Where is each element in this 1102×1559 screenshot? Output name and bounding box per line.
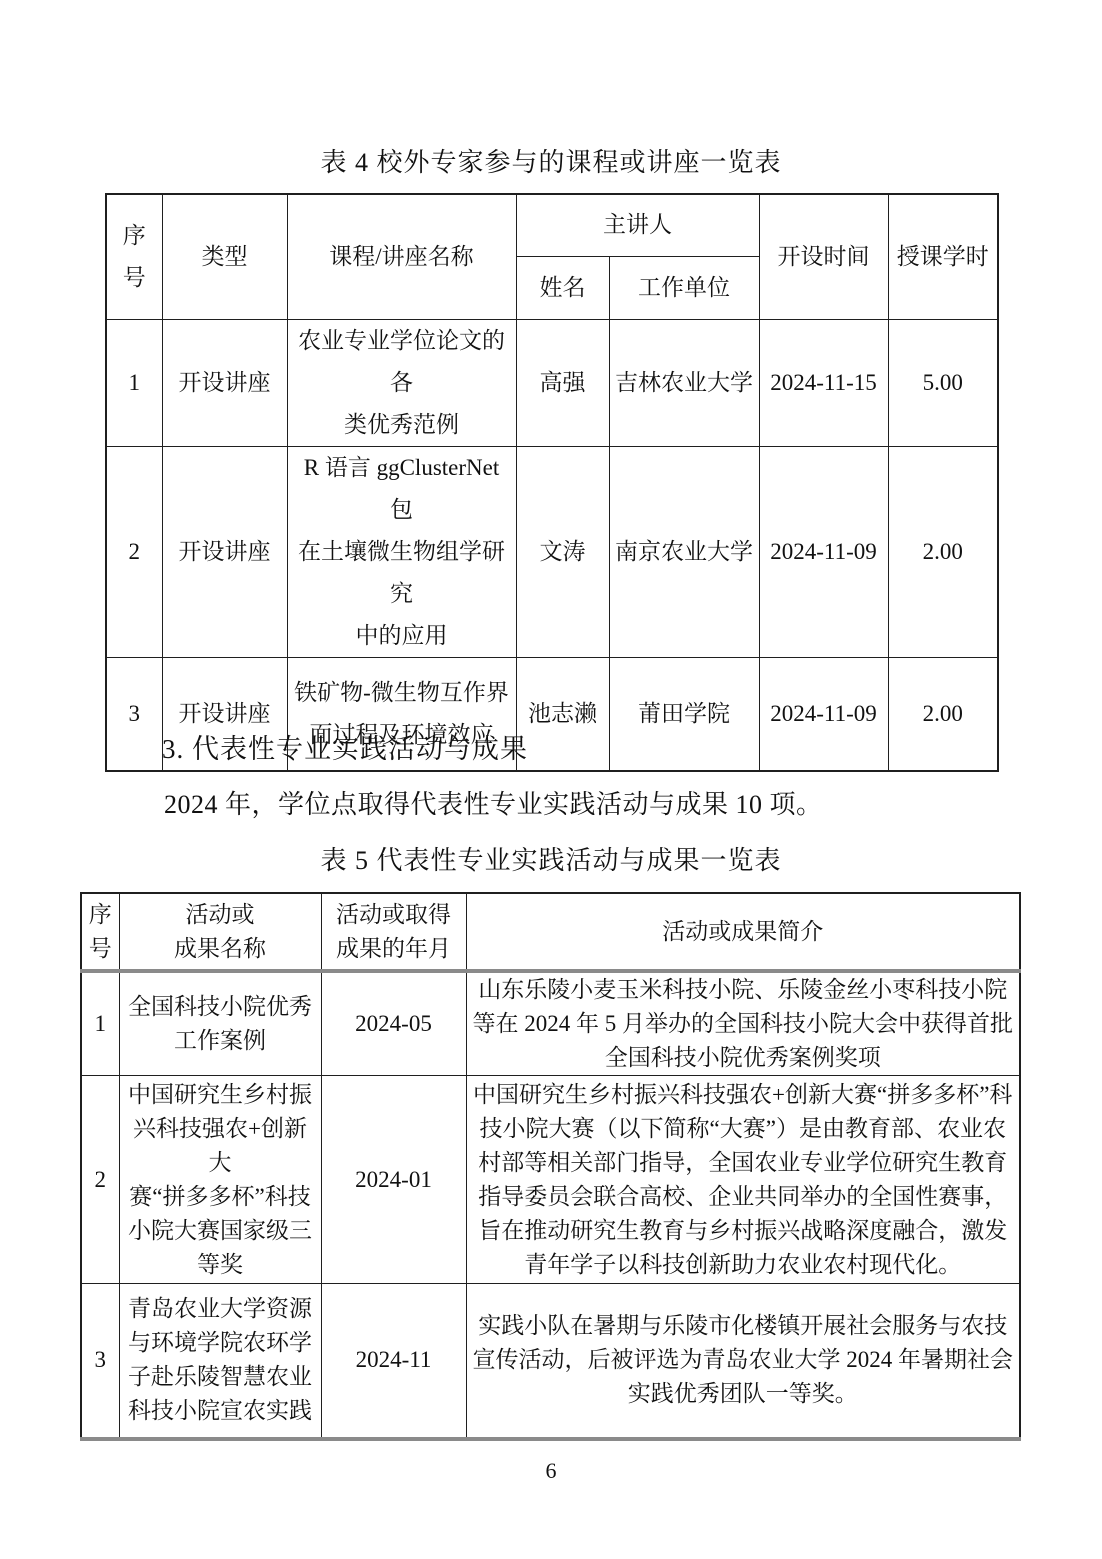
t5-cell-index: 3	[81, 1284, 119, 1439]
t4-cell-speaker-name: 高强	[516, 319, 609, 446]
t5-cell-summary: 中国研究生乡村振兴科技强农+创新大赛“拼多多杯”科技小院大赛（以下简称“大赛”）…	[466, 1076, 1020, 1284]
section-heading: 3. 代表性专业实践活动与成果	[162, 729, 528, 769]
t4-header-speaker-unit: 工作单位	[609, 256, 759, 319]
table-row: 3 青岛农业大学资源 与环境学院农环学 子赴乐陵智慧农业 科技小院宣农实践 20…	[81, 1284, 1020, 1439]
t5-cell-date: 2024-05	[321, 971, 466, 1076]
t4-cell-hours: 2.00	[888, 657, 998, 771]
table5-practice-achievements: 序 号 活动或 成果名称 活动或取得 成果的年月 活动或成果简介 1 全国科技小…	[80, 892, 1021, 1441]
t4-header-type: 类型	[162, 194, 287, 319]
t5-header-date: 活动或取得 成果的年月	[321, 893, 466, 971]
page-number: 6	[0, 1458, 1102, 1484]
t4-cell-hours: 2.00	[888, 446, 998, 657]
t5-cell-index: 2	[81, 1076, 119, 1284]
t4-cell-speaker-name: 文涛	[516, 446, 609, 657]
t4-cell-date: 2024-11-15	[759, 319, 888, 446]
t4-cell-speaker-unit: 莆田学院	[609, 657, 759, 771]
t5-header-summary: 活动或成果简介	[466, 893, 1020, 971]
t5-cell-index: 1	[81, 971, 119, 1076]
t4-header-speaker-name: 姓名	[516, 256, 609, 319]
table-row: 1 全国科技小院优秀 工作案例 2024-05 山东乐陵小麦玉米科技小院、乐陵金…	[81, 971, 1020, 1076]
t5-cell-date: 2024-11	[321, 1284, 466, 1439]
t4-cell-hours: 5.00	[888, 319, 998, 446]
table-row: 2 开设讲座 R 语言 ggClusterNet 包 在土壤微生物组学研究 中的…	[106, 446, 998, 657]
section-paragraph: 2024 年，学位点取得代表性专业实践活动与成果 10 项。	[164, 787, 823, 823]
t4-header-course: 课程/讲座名称	[287, 194, 516, 319]
table-row: 2 中国研究生乡村振 兴科技强农+创新大 赛“拼多多杯”科技 小院大赛国家级三 …	[81, 1076, 1020, 1284]
t4-cell-date: 2024-11-09	[759, 446, 888, 657]
t4-header-hours: 授课学时	[888, 194, 998, 319]
t4-cell-type: 开设讲座	[162, 319, 287, 446]
table-row: 1 开设讲座 农业专业学位论文的各 类优秀范例 高强 吉林农业大学 2024-1…	[106, 319, 998, 446]
table4-external-expert-courses: 序 号 类型 课程/讲座名称 主讲人 开设时间 授课学时 姓名 工作单位 1 开…	[105, 193, 999, 772]
t5-cell-name: 全国科技小院优秀 工作案例	[119, 971, 321, 1076]
document-page: 表 4 校外专家参与的课程或讲座一览表 序 号 类型 课程/讲座名称 主讲人 开…	[0, 0, 1102, 1559]
t4-cell-date: 2024-11-09	[759, 657, 888, 771]
t5-cell-name: 中国研究生乡村振 兴科技强农+创新大 赛“拼多多杯”科技 小院大赛国家级三 等奖	[119, 1076, 321, 1284]
t4-cell-index: 3	[106, 657, 162, 771]
t4-cell-course: R 语言 ggClusterNet 包 在土壤微生物组学研究 中的应用	[287, 446, 516, 657]
table4-header-row-1: 序 号 类型 课程/讲座名称 主讲人 开设时间 授课学时	[106, 194, 998, 256]
t4-cell-type: 开设讲座	[162, 446, 287, 657]
t4-header-index: 序 号	[106, 194, 162, 319]
t4-header-speaker-group: 主讲人	[516, 194, 759, 256]
t4-cell-index: 2	[106, 446, 162, 657]
t5-cell-summary: 实践小队在暑期与乐陵市化楼镇开展社会服务与农技宣传活动，后被评选为青岛农业大学 …	[466, 1284, 1020, 1439]
t4-cell-course: 农业专业学位论文的各 类优秀范例	[287, 319, 516, 446]
t5-header-index: 序 号	[81, 893, 119, 971]
t5-cell-name: 青岛农业大学资源 与环境学院农环学 子赴乐陵智慧农业 科技小院宣农实践	[119, 1284, 321, 1439]
t4-cell-index: 1	[106, 319, 162, 446]
t5-header-name: 活动或 成果名称	[119, 893, 321, 971]
table5-header-row: 序 号 活动或 成果名称 活动或取得 成果的年月 活动或成果简介	[81, 893, 1020, 971]
t4-cell-speaker-name: 池志濑	[516, 657, 609, 771]
t4-cell-speaker-unit: 吉林农业大学	[609, 319, 759, 446]
t5-cell-date: 2024-01	[321, 1076, 466, 1284]
t4-header-date: 开设时间	[759, 194, 888, 319]
t4-cell-speaker-unit: 南京农业大学	[609, 446, 759, 657]
table4-title: 表 4 校外专家参与的课程或讲座一览表	[0, 146, 1102, 180]
table5-title: 表 5 代表性专业实践活动与成果一览表	[0, 844, 1102, 878]
t5-cell-summary: 山东乐陵小麦玉米科技小院、乐陵金丝小枣科技小院等在 2024 年 5 月举办的全…	[466, 971, 1020, 1076]
